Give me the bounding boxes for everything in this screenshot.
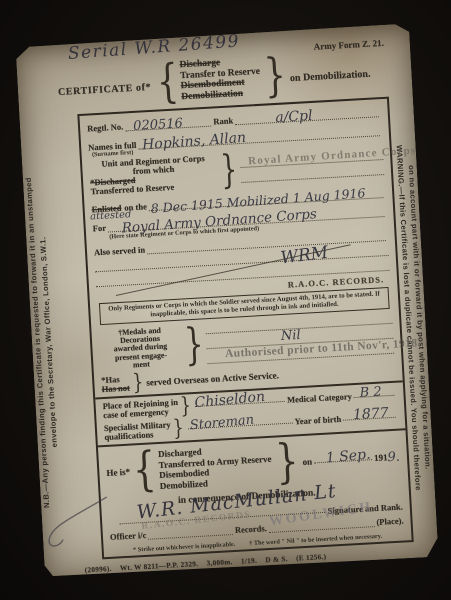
specialist-brace: } [172, 418, 184, 441]
he-is-date-field: 1 Sep. [314, 456, 372, 463]
year-printed: 191 [374, 452, 388, 463]
specialist-value: Storeman [189, 412, 254, 433]
rank-label: Rank [213, 115, 233, 126]
regtl-no-value: 020516 [133, 116, 183, 134]
rejoining-brace: } [180, 395, 192, 418]
rejoining-field: Chiseldon [195, 397, 285, 406]
records-label: Records. [235, 523, 267, 535]
place-label: (Place). [376, 515, 404, 526]
unit-brace: } [220, 151, 239, 191]
specialist-field: Storeman [187, 419, 292, 429]
medals-value: Nil [280, 327, 301, 343]
medical-category-field: B 2 [354, 391, 395, 397]
certificate-photo-paper: N.B.—Any person finding this Certificate… [15, 23, 438, 578]
he-is-close-brace: } [274, 439, 299, 487]
overseas-label: served Overseas on Active Service. [146, 370, 279, 387]
certificate-label: CERTIFICATE of* [58, 81, 152, 97]
birth-year-field: 1877 [343, 413, 396, 420]
medals-brace: } [183, 323, 204, 367]
footnote-strike-out: * Strike out whichever is inapplicable. [133, 541, 236, 554]
ink-flourish [43, 493, 116, 557]
overseas-brace: } [132, 372, 144, 395]
he-is-label: He is* [106, 467, 130, 478]
form-box: Regtl. No. 020516 Rank a/Cpl Names in fu… [77, 97, 413, 560]
overseas-option-has-not: Has not [102, 384, 131, 395]
close-brace: } [263, 52, 287, 99]
officer-label: Officer i/c [110, 530, 147, 542]
he-is-date-value: 1 Sep. [325, 447, 371, 467]
officer-field [148, 531, 233, 540]
rank-value: a/Cpl [275, 108, 313, 126]
regtl-no-label: Regtl. No. [87, 122, 124, 134]
rejoining-label-2: case of emergency [103, 407, 179, 420]
he-is-open-brace: { [132, 447, 157, 495]
medical-category-value: B 2 [359, 384, 382, 400]
unit-dotted-line-2 [241, 174, 384, 183]
birth-year-label: Year of birth [294, 413, 341, 426]
open-brace: { [156, 58, 180, 105]
header-suffix: on Demobilization. [290, 68, 371, 83]
specialist-label-2: qualifications [104, 429, 171, 442]
rank-field: a/Cpl [235, 113, 379, 125]
birth-year-value: 1877 [353, 405, 389, 423]
for-label: For [92, 223, 106, 234]
he-is-on-label: on [302, 457, 312, 468]
medical-category-label: Medical Category [287, 391, 352, 405]
regtl-no-field: 020516 [125, 123, 211, 132]
place-field [269, 523, 375, 533]
year-handwritten: 9. [387, 449, 400, 465]
